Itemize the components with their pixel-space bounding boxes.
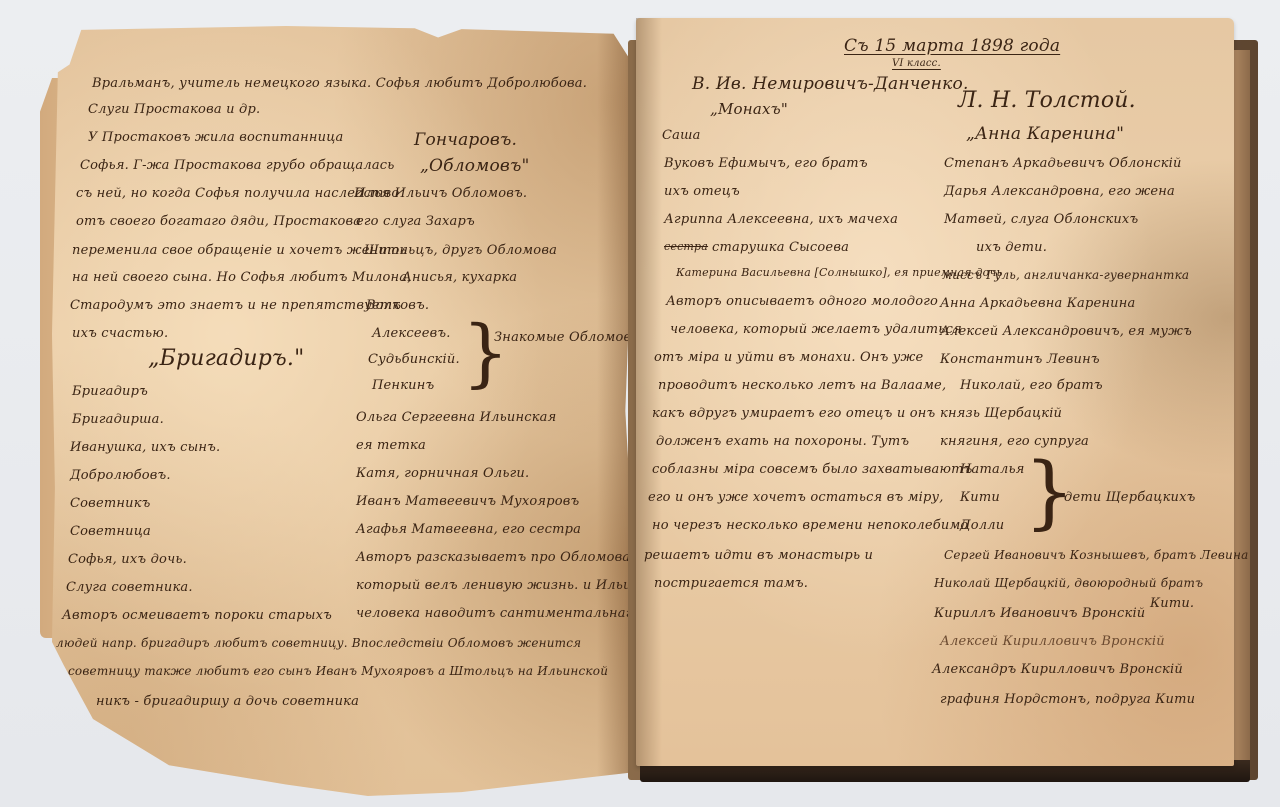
handwritten-line: на ней своего сына. Но Софья любитъ Мило… [72, 270, 412, 285]
handwritten-line: его и онъ уже хочетъ остаться въ міру, [648, 490, 944, 505]
handwritten-line: Штольцъ, другъ Обломова [364, 243, 557, 258]
handwritten-line: Иванъ Матвеевичъ Мухояровъ [356, 494, 579, 509]
handwritten-line: старушка Сысоева [712, 240, 849, 255]
handwritten-line: решаетъ идти въ монастырь и [644, 548, 873, 563]
handwritten-line: Константинъ Левинъ [940, 352, 1100, 367]
acquaintance: Пенкинъ [372, 378, 434, 393]
handwritten-line: людей напр. бригадиръ любитъ советницу. … [56, 636, 581, 650]
handwritten-line: ихъ дети. [976, 240, 1047, 255]
character-name: Бригадиръ [72, 384, 148, 399]
handwritten-line: Анна Аркадьевна Каренина [940, 296, 1135, 311]
handwritten-line: советницу также любитъ его сынъ Иванъ Му… [68, 664, 608, 678]
handwritten-line: Кити. [1150, 596, 1194, 611]
handwritten-line: Вральманъ, учитель немецкого языка. Софь… [92, 76, 587, 91]
child-name: Наталья [960, 462, 1025, 477]
acquaintances-label: Знакомые Обломова [494, 330, 639, 345]
photo-scene: Вральманъ, учитель немецкого языка. Софь… [0, 0, 1280, 807]
handwritten-line: отъ своего богатаго дяди, Простакова [76, 214, 361, 229]
character-name: Софья, ихъ дочь. [68, 552, 187, 567]
handwritten-line: Анисья, кухарка [402, 270, 517, 285]
header-date: Съ 15 марта 1898 года [844, 36, 1060, 56]
handwritten-line: Дарья Александровна, его жена [944, 184, 1175, 199]
acquaintance: Судьбинскій. [368, 352, 460, 367]
child-name: Долли [960, 518, 1004, 533]
handwritten-line: человека, который желаетъ удалиться [670, 322, 962, 337]
goncharov-title: „Обломовъ" [420, 156, 530, 176]
handwritten-line: постригается тамъ. [654, 576, 808, 591]
character-name: Советница [70, 524, 151, 539]
child-name: Кити [960, 490, 1000, 505]
handwritten-line: его слуга Захаръ [356, 214, 475, 229]
handwritten-line: Ольга Сергеевна Ильинская [356, 410, 556, 425]
nemirovich-title: „Монахъ" [710, 100, 788, 118]
handwritten-line: соблазны міра совсемъ было захватываютъ [652, 462, 973, 477]
handwritten-line: Матвей, слуга Облонскихъ [944, 212, 1138, 227]
curly-brace: } [462, 316, 509, 390]
character-name: Иванушка, ихъ сынъ. [70, 440, 220, 455]
handwritten-line: Волковъ. [366, 298, 429, 313]
handwritten-line: графиня Нордстонъ, подруга Кити [940, 692, 1195, 707]
handwritten-line: князь Щербацкій [940, 406, 1062, 421]
goncharov-author: Гончаровъ. [414, 130, 517, 150]
handwritten-line: Александръ Кирилловичъ Вронскій [932, 662, 1183, 677]
character-name: Бригадирша. [72, 412, 164, 427]
struck-word: сестра [664, 240, 708, 253]
handwritten-line: Агриппа Алексеевна, ихъ мачеха [664, 212, 898, 227]
handwritten-line: Николай Щербацкій, двоюродный братъ [934, 576, 1203, 590]
handwritten-line: ихъ отецъ [664, 184, 740, 199]
handwritten-line: Авторъ осмеиваетъ пороки старыхъ [62, 608, 332, 623]
nemirovich-author: В. Ив. Немировичъ-Данченко. [692, 74, 969, 94]
handwritten-line: отъ міра и уйти въ монахи. Онъ уже [654, 350, 923, 365]
handwritten-line: проводитъ несколько летъ на Валааме, [658, 378, 946, 393]
handwritten-line: ея тетка [356, 438, 426, 453]
handwritten-line: ихъ счастью. [72, 326, 168, 341]
handwritten-line: Николай, его братъ [960, 378, 1103, 393]
handwritten-line: Агафья Матвеевна, его сестра [356, 522, 581, 537]
handwritten-line: Авторъ описываетъ одного молодого [666, 294, 938, 309]
character-name: Советникъ [70, 496, 151, 511]
handwritten-line: Авторъ разсказываетъ про Обломова, [356, 550, 635, 565]
handwritten-line: никъ - бригадиршу а дочь советника [96, 694, 359, 709]
handwritten-line: переменила свое обращеніе и хочетъ женит… [72, 243, 407, 258]
handwritten-line: человека наводитъ сантиментальнаго, [356, 606, 645, 621]
handwritten-line: Алексей Александровичъ, ея мужъ [940, 324, 1192, 339]
character-name: Слуга советника. [66, 580, 193, 595]
handwritten-line: который велъ ленивую жизнь. и Ильин [356, 578, 640, 593]
handwritten-line: Алексей Кирилловичъ Вронскій [940, 634, 1165, 649]
handwritten-line: съ ней, но когда Софья получила наследст… [76, 186, 399, 201]
tolstoy-author: Л. Н. Толстой. [958, 88, 1136, 113]
acquaintance: Алексеевъ. [372, 326, 451, 341]
handwritten-line: Вуковъ Ефимычъ, его братъ [664, 156, 868, 171]
handwritten-line: Стародумъ это знаетъ и не препятствуетъ [70, 298, 401, 313]
handwritten-line: миссъ Гуль, англичанка-гувернантка [942, 268, 1189, 282]
handwritten-line: Степанъ Аркадьевичъ Облонскій [944, 156, 1182, 171]
handwritten-line: но черезъ несколько времени непоколебимо [652, 518, 968, 533]
handwritten-line: какъ вдругъ умираетъ его отецъ и онъ [652, 406, 935, 421]
tolstoy-title: „Анна Каренина" [966, 124, 1124, 144]
handwritten-line: долженъ ехать на похороны. Тутъ [656, 434, 909, 449]
character-name: Добролюбовъ. [70, 468, 171, 483]
handwritten-line: Катя, горничная Ольги. [356, 466, 529, 481]
handwritten-line: У Простаковъ жила воспитанница [88, 130, 343, 145]
handwritten-line: Саша [662, 128, 701, 143]
header-class: VI класс. [892, 58, 941, 69]
handwritten-line: Илья Ильичъ Обломовъ. [354, 186, 527, 201]
brigadier-title: „Бригадиръ." [148, 346, 304, 371]
handwritten-line: Софья. Г-жа Простакова грубо обращалась [80, 158, 395, 173]
handwritten-line: Кириллъ Ивановичъ Вронскій [934, 606, 1145, 621]
handwritten-line: Слуги Простакова и др. [88, 102, 260, 117]
children-label: дети Щербацкихъ [1064, 490, 1196, 505]
handwritten-line: Сергей Ивановичъ Кознышевъ, братъ Левина [944, 548, 1248, 562]
